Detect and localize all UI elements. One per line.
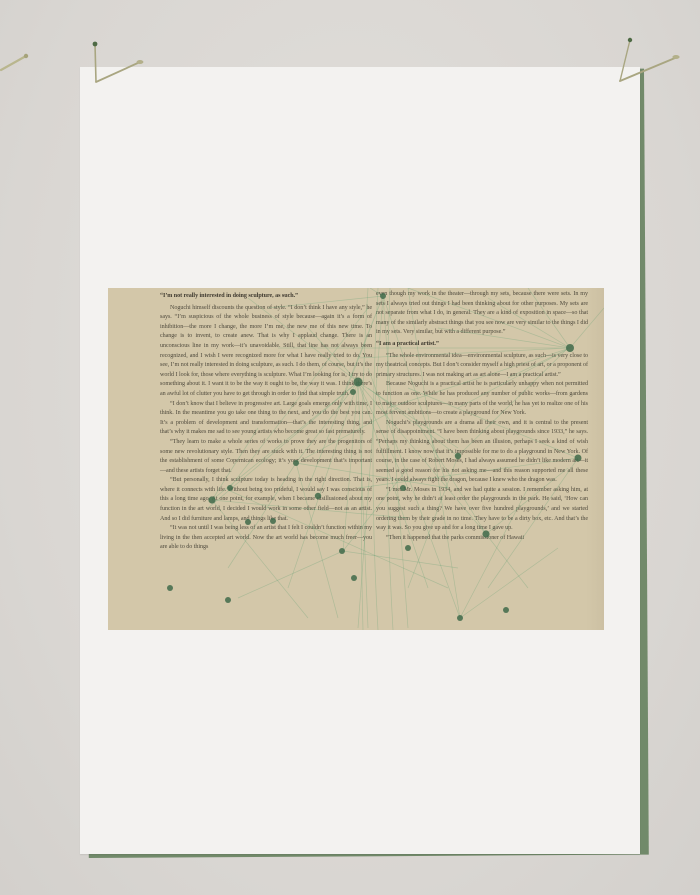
right-paragraph: even though my work in the theater—throu… (376, 290, 588, 338)
left-paragraph: “They learn to make a whole series of wo… (160, 438, 372, 476)
right-heading: “I am a practical artist.” (376, 340, 588, 350)
pin-top-right (615, 36, 685, 86)
left-paragraph: “It was not until I was being less of an… (160, 524, 372, 553)
book-spread-print: “I’m not really interested in doing scul… (108, 288, 604, 630)
book-left-column: “I’m not really interested in doing scul… (160, 290, 372, 553)
left-heading: “I’m not really interested in doing scul… (160, 292, 372, 302)
pin-top-left-outer (0, 50, 30, 74)
right-paragraph: “The whole environmental idea—environmen… (376, 352, 588, 381)
right-paragraph: “Then it happened that the parks commiss… (376, 534, 588, 544)
left-paragraph: “I don’t know that I believe in progress… (160, 400, 372, 438)
page-shade (586, 288, 604, 630)
pin-top-left (88, 40, 148, 86)
left-paragraph: “But personally, I think sculpture today… (160, 476, 372, 524)
right-paragraph: Noguchi’s playgrounds are a drama all th… (376, 419, 588, 486)
right-paragraph: “I met Mr. Moses in 1934, and we had qui… (376, 486, 588, 534)
book-right-column: even though my work in the theater—throu… (376, 290, 588, 543)
right-paragraph: Because Noguchi is a practical artist he… (376, 380, 588, 418)
left-paragraph: Noguchi himself discounts the question o… (160, 304, 372, 400)
